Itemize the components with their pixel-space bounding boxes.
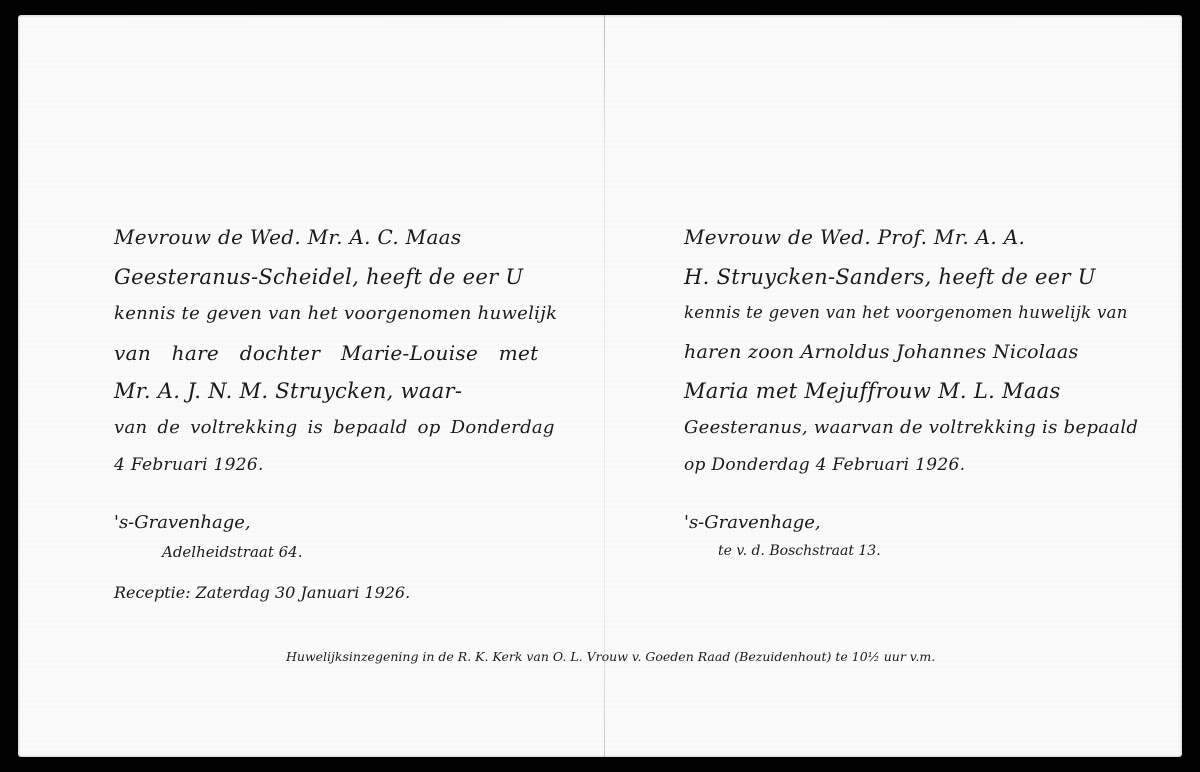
left-line-2: Geesteranus-Scheidel, heeft de eer U <box>114 265 523 289</box>
ceremony-footer: Huwelijksinzegening in de R. K. Kerk van… <box>286 649 935 664</box>
left-line-1: Mevrouw de Wed. Mr. A. C. Maas <box>114 225 461 249</box>
right-line-5: Maria met Mejuffrouw M. L. Maas <box>684 379 1061 403</box>
left-line-5: Mr. A. J. N. M. Struycken, waar- <box>114 379 462 403</box>
left-line-4: van hare dochter Marie-Louise met <box>114 341 538 365</box>
left-line-7: 4 Februari 1926. <box>114 455 264 475</box>
left-reception: Receptie: Zaterdag 30 Januari 1926. <box>114 583 410 602</box>
right-line-2: H. Struycken-Sanders, heeft de eer U <box>684 265 1096 289</box>
right-line-6: Geesteranus, waarvan de voltrekking is b… <box>684 417 1138 438</box>
right-place: 's-Gravenhage, <box>684 512 821 533</box>
right-line-7: op Donderdag 4 Februari 1926. <box>684 455 965 475</box>
announcement-card: Mevrouw de Wed. Mr. A. C. Maas Geesteran… <box>18 15 1182 757</box>
left-line-3: kennis te geven van het voorgenomen huwe… <box>114 303 557 324</box>
card-fold-line <box>604 15 605 757</box>
right-line-3: kennis te geven van het voorgenomen huwe… <box>684 303 1128 322</box>
right-address: te v. d. Boschstraat 13. <box>718 543 881 559</box>
left-place: 's-Gravenhage, <box>114 512 251 533</box>
right-line-1: Mevrouw de Wed. Prof. Mr. A. A. <box>684 225 1025 249</box>
left-line-6: van de voltrekking is bepaald op Donderd… <box>114 417 555 438</box>
left-address: Adelheidstraat 64. <box>162 543 302 561</box>
right-line-4: haren zoon Arnoldus Johannes Nicolaas <box>684 341 1079 363</box>
